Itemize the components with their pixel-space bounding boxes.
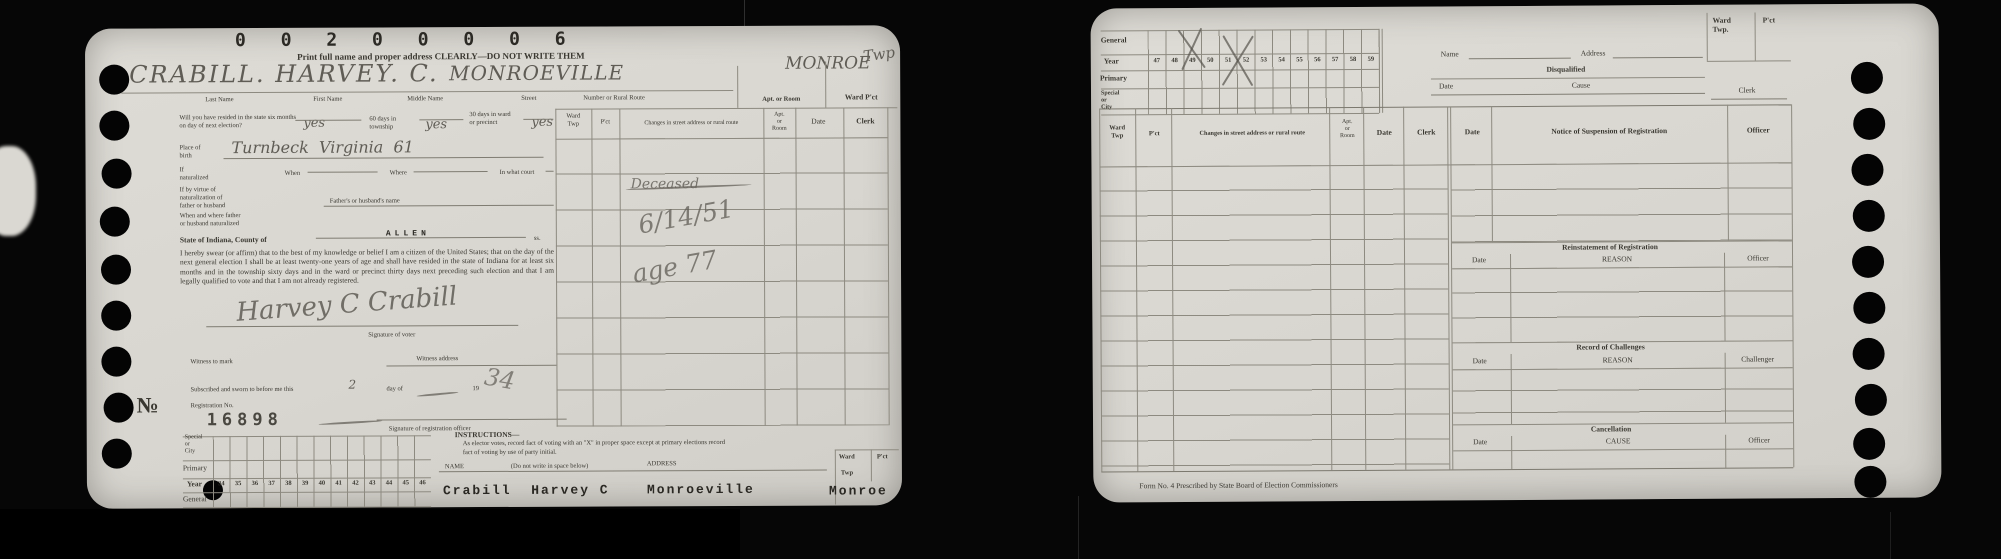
punch-hole (1854, 466, 1886, 498)
col-clerk: Clerk (843, 117, 887, 126)
registration-card-front: 0 0 2 0 0 0 0 6 Print full name and prop… (85, 25, 902, 509)
label-when-where-naturalized: When and where father or husband natural… (180, 212, 241, 228)
scan-artifact-strip (0, 509, 740, 559)
punch-hole (102, 439, 132, 469)
punch-hole (99, 65, 129, 95)
punch-hole (101, 347, 131, 377)
table-rows-reinstatement (1452, 266, 1792, 342)
grid-line (1725, 435, 1726, 468)
label-father-name: Father's or husband's name (330, 197, 400, 205)
row-general: General (183, 495, 207, 504)
written-deceased: Deceased (631, 176, 699, 192)
cancellation-date: Date (1455, 438, 1505, 447)
row-primary: Primary (183, 464, 207, 473)
year-cell: 47 (1148, 57, 1166, 64)
blank-line (316, 237, 526, 239)
year-cell: 56 (1308, 56, 1326, 63)
scan-artifact-blob (0, 146, 36, 236)
punch-hole (100, 207, 130, 237)
col-clerk: Clerk (1405, 128, 1447, 137)
year-cell: 43 (364, 479, 381, 486)
blank-line (546, 171, 554, 172)
col-date: Date (795, 117, 841, 126)
blank-line (224, 157, 544, 159)
reinstatement-title: Reinstatement of Registration (1494, 243, 1726, 253)
col-ward-twp: Ward Twp (555, 113, 591, 129)
col-date2: Date (1453, 128, 1491, 137)
oath-text: I hereby swear (or affirm) that to the b… (180, 247, 554, 286)
name-underline (121, 90, 733, 94)
col-apt-room: Apt. or Room (763, 112, 795, 133)
challenges-challenger: Challenger (1725, 355, 1791, 364)
table-rows-challenges (1453, 367, 1793, 424)
written-ward: MONROE (785, 53, 870, 73)
grid-line (555, 107, 897, 109)
label-ward-pct: Ward P'ct (827, 93, 895, 102)
row-primary: Primary (1100, 74, 1127, 83)
table-rows (555, 137, 888, 426)
label-twp: Twp (841, 469, 853, 477)
blank-line (523, 119, 553, 120)
officer-signature-squiggle (319, 420, 383, 426)
registration-card-back: General Year Primary Special or City 474… (1090, 3, 1941, 502)
cancellation-officer: Officer (1727, 436, 1791, 445)
row-general: General (1101, 36, 1127, 45)
label-name: NAME (445, 463, 464, 471)
label-last-name: Last Name (205, 96, 233, 104)
label-no-write: (Do not write in space below) (511, 463, 588, 471)
instructions-title: INSTRUCTIONS— (455, 431, 520, 440)
scan-artifact-line (1078, 496, 1079, 559)
grid-line (887, 107, 889, 425)
typed-name: Crabill Harvey C (443, 482, 610, 498)
year-cell: 38 (280, 480, 297, 487)
punch-hole (1853, 292, 1885, 324)
year-cell: 40 (314, 480, 331, 487)
punch-hole (104, 393, 134, 423)
col-changes: Changes in street address or rural route (1175, 129, 1329, 137)
grid-line (1707, 60, 1791, 62)
label-number-rural: Number or Rural Route (583, 94, 645, 102)
punch-hole (1853, 428, 1885, 460)
label-where: Where (390, 169, 407, 177)
reinstatement-reason: REASON (1512, 255, 1722, 265)
instructions-line2: fact of voting by use of party initial. (463, 449, 557, 457)
grid-line (737, 66, 738, 108)
grid-line (1431, 77, 1705, 80)
label-ward: Ward (839, 453, 855, 461)
instructions-line1: As elector votes, record fact of voting … (463, 438, 893, 448)
col-pct: P'ct (591, 118, 619, 126)
year-cell: 54 (1273, 56, 1291, 63)
question-30days: 30 days in ward or precinct (469, 111, 510, 127)
blank-line (308, 172, 378, 173)
grid-line (871, 449, 872, 481)
punch-hole (101, 255, 131, 285)
year-cells: 47484950515253545556575859 (1148, 56, 1380, 64)
question-60days: 60 days in township (369, 115, 396, 131)
blank-line (1469, 58, 1571, 60)
table-rows-suspension (1451, 162, 1791, 242)
written-sworn-day: 2 (348, 378, 356, 392)
written-name: CRABILL. HARVEY. C. (129, 59, 439, 88)
voter-signature: Harvey C Crabill (235, 281, 458, 327)
blank-line (377, 419, 567, 421)
punch-hole (1851, 62, 1883, 94)
cancellation-title: Cancellation (1495, 425, 1727, 435)
label-disqualified: Disqualified (1491, 65, 1641, 75)
registration-number: 16898 (207, 410, 283, 430)
punch-hole (102, 159, 132, 189)
challenges-title: Record of Challenges (1495, 343, 1727, 353)
form-footer: Form No. 4 Prescribed by State Board of … (1139, 481, 1337, 491)
label-clerk: Clerk (1717, 86, 1777, 95)
cancellation-cause: CAUSE (1513, 437, 1723, 447)
row-special-or-city: Special or City (185, 434, 203, 455)
year-cell: 41 (330, 480, 347, 487)
col-pct: P'ct (1137, 130, 1171, 138)
label-cause: Cause (1521, 81, 1641, 91)
col-date: Date (1365, 129, 1403, 138)
typed-address: Monroeville (647, 482, 755, 497)
label-address: ADDRESS (647, 460, 677, 468)
row-year: Year (1104, 57, 1119, 66)
year-cell: 46 (414, 479, 431, 486)
written-street: MONROEVILLE (449, 60, 624, 85)
label-middle-name: Middle Name (407, 95, 443, 103)
label-when: When (285, 170, 301, 178)
reinstatement-date: Date (1454, 256, 1504, 265)
serial-number: 0 0 2 0 0 0 0 6 (235, 29, 578, 51)
punch-hole (1855, 384, 1887, 416)
label-name: Name (1441, 50, 1459, 59)
blank-line (386, 365, 556, 367)
pencil-squiggle (417, 391, 459, 397)
label-nineteen: 19 (473, 385, 480, 393)
challenges-date: Date (1455, 357, 1505, 366)
question-resided: Will you have resided in the state six m… (179, 114, 297, 130)
year-cell: 34 (213, 480, 230, 487)
label-if-naturalized: If naturalized (180, 166, 209, 182)
label-date: Date (1439, 82, 1453, 91)
row-year: Year (187, 480, 202, 489)
label-pct: P'ct (877, 453, 888, 461)
blank-line (414, 171, 488, 172)
year-cell: 44 (381, 479, 398, 486)
col-officer: Officer (1727, 126, 1789, 135)
col-apt-room: Apt. or Room (1331, 119, 1363, 140)
scan-artifact-line (1890, 512, 1891, 559)
grid-columns (1148, 29, 1381, 114)
year-cell: 42 (347, 480, 364, 487)
corner-ward-twp: Ward Twp. (1713, 17, 1731, 35)
label-place-of-birth: Place of birth (179, 144, 200, 160)
label-street: Street (521, 95, 536, 103)
label-apt-room: Apt. or Room (739, 96, 823, 104)
typed-twp: Monroe (829, 483, 888, 498)
label-first-name: First Name (313, 96, 342, 104)
label-sworn: Subscribed and sworn to before me this (191, 386, 294, 394)
written-twp: Twp (862, 43, 896, 65)
label-ss: ss. (534, 235, 541, 243)
challenges-reason: REASON (1513, 356, 1723, 366)
year-cell: 45 (397, 479, 414, 486)
label-registration-no: Registration No. (191, 402, 234, 410)
year-cells: 34353637383940414243444546 (213, 479, 431, 487)
col-ward-twp: Ward Twp (1099, 124, 1135, 140)
label-signature-of-voter: Signature of voter (368, 331, 415, 339)
grid-line (1755, 13, 1756, 61)
answer-30days: yes (531, 115, 553, 130)
year-cell: 59 (1362, 56, 1380, 63)
label-state-county: State of Indiana, County of (180, 236, 267, 245)
label-witness-address: Witness address (416, 355, 458, 363)
year-cell: 39 (297, 480, 314, 487)
label-witness-to-mark: Witness to mark (190, 358, 232, 366)
blank-line (1613, 57, 1703, 59)
blank-line (1711, 98, 1787, 99)
col-changes: Changes in street address or rural route (621, 120, 761, 127)
answer-resided: yes (303, 116, 325, 131)
numero-symbol: № (137, 392, 159, 418)
corner-pct: P'ct (1763, 16, 1776, 25)
punch-hole (1853, 338, 1885, 370)
blank-line (1431, 93, 1705, 96)
label-day-of: day of (387, 385, 403, 393)
grid-line (1453, 448, 1793, 451)
grid-line (835, 449, 899, 450)
grid-line (1511, 436, 1512, 469)
punch-hole (1851, 154, 1883, 186)
year-cell: 35 (230, 480, 247, 487)
year-cell: 57 (1326, 56, 1344, 63)
punch-hole (1853, 108, 1885, 140)
written-sworn-year: 34 (482, 363, 517, 396)
scan-artifact-line (744, 0, 745, 28)
year-cell: 37 (263, 480, 280, 487)
label-court: In what court (500, 169, 535, 177)
grid-line (1379, 29, 1381, 113)
grid-line (825, 62, 826, 108)
grid-line (1707, 13, 1708, 61)
grid-line (1382, 29, 1384, 113)
year-cell: 58 (1344, 56, 1362, 63)
blank-line (419, 119, 463, 120)
punch-hole (99, 111, 129, 141)
blank-line (295, 120, 361, 121)
year-cell: 53 (1255, 56, 1273, 63)
signature-line (206, 325, 518, 327)
label-by-virtue: If by virtue of naturalization of father… (180, 186, 226, 210)
table-rows-left (1099, 164, 1449, 471)
blank-line (439, 470, 827, 473)
punch-hole (101, 301, 131, 331)
microfilm-scan: 0 0 2 0 0 0 0 6 Print full name and prop… (0, 0, 2001, 559)
reinstatement-officer: Officer (1726, 254, 1790, 263)
written-birthplace: Turnbeck Virginia 61 (231, 137, 413, 157)
grid-columns (213, 435, 431, 507)
year-cell: 48 (1166, 57, 1184, 64)
year-cell: 36 (246, 480, 263, 487)
year-cell: 55 (1291, 56, 1309, 63)
punch-hole (1853, 200, 1885, 232)
punch-hole (1852, 246, 1884, 278)
year-cell: 50 (1201, 57, 1219, 64)
blank-line (324, 205, 554, 207)
col-suspension: Notice of Suspension of Registration (1493, 127, 1725, 137)
label-address: Address (1581, 49, 1606, 58)
